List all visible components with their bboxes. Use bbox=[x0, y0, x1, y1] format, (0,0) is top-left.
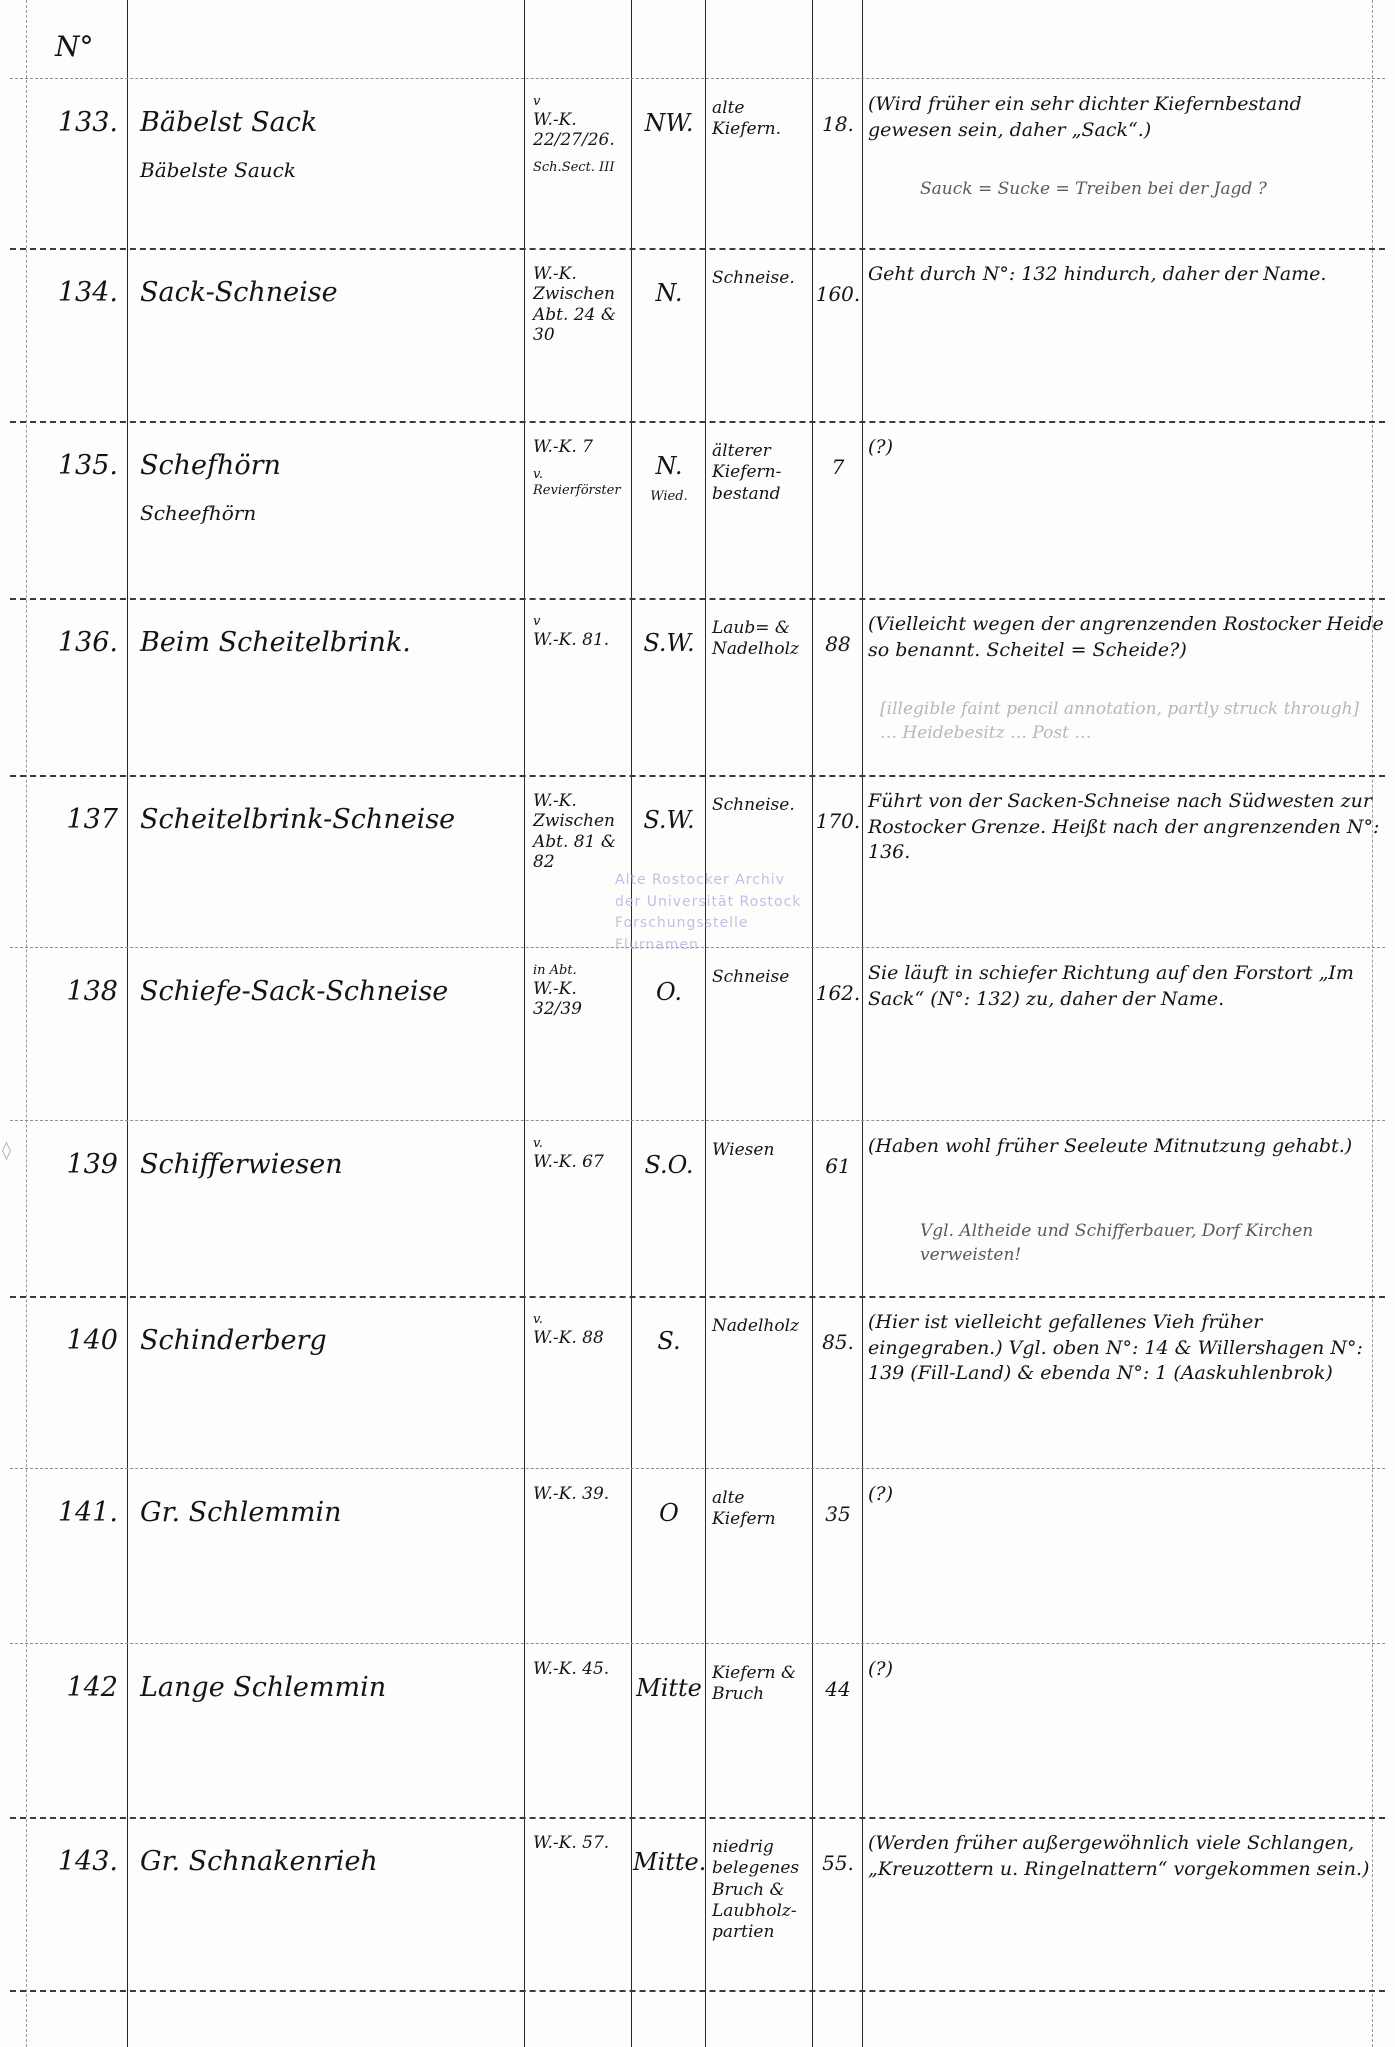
place-name: Schinderberg bbox=[140, 1324, 327, 1358]
map-reference: v W.-K. 81. bbox=[533, 614, 629, 660]
map-reference: W.-K. 45. bbox=[533, 1659, 629, 1689]
map-reference: W.-K. Zwischen Abt. 24 & 30 bbox=[533, 264, 629, 356]
place-name-variant: Scheefhörn bbox=[140, 501, 256, 526]
row-rule bbox=[10, 1468, 1385, 1469]
remarks: (Haben wohl früher Seeleute Mitnutzung g… bbox=[868, 1134, 1388, 1160]
entry-number: 137 bbox=[28, 803, 118, 837]
row-rule bbox=[10, 1120, 1385, 1121]
land-type: Schneise bbox=[712, 967, 812, 988]
row-rule bbox=[10, 1643, 1385, 1644]
map-reference-prefix: in Abt. bbox=[533, 963, 629, 979]
land-type: Schneise. bbox=[712, 268, 812, 289]
direction: Mitte. bbox=[633, 1847, 705, 1885]
place-name: Schifferwiesen bbox=[140, 1148, 343, 1182]
row-rule bbox=[10, 421, 1385, 423]
remarks: (?) bbox=[868, 1482, 1388, 1508]
direction: S.O. bbox=[633, 1150, 705, 1188]
map-reference: W.-K. 7 v. Revierförster bbox=[533, 437, 629, 499]
direction: S.W. bbox=[633, 805, 705, 843]
map-reference-extra: Sch.Sect. III bbox=[533, 160, 629, 176]
map-reference-value: W.-K. 57. bbox=[533, 1833, 609, 1853]
direction-value: N. bbox=[655, 452, 682, 480]
row-rule bbox=[10, 598, 1385, 600]
column-rule-wk bbox=[631, 0, 632, 2047]
stamp-line: Flurnamen bbox=[615, 935, 905, 957]
area-value: 160. bbox=[814, 282, 862, 307]
row-rule bbox=[10, 1990, 1385, 1992]
direction-value: O. bbox=[656, 978, 682, 1006]
entry-number: 136. bbox=[28, 626, 118, 660]
stamp-line: der Universität Rostock bbox=[615, 892, 905, 914]
remarks: Führt von der Sacken-Schneise nach Südwe… bbox=[868, 789, 1388, 866]
direction: S.W. bbox=[633, 628, 705, 666]
place-name: Scheitelbrink-Schneise bbox=[140, 803, 455, 837]
direction-extra: Wied. bbox=[633, 489, 705, 505]
place-name: Sack-Schneise bbox=[140, 276, 338, 310]
map-reference-prefix: v. bbox=[533, 1136, 629, 1152]
left-margin-rule bbox=[26, 0, 27, 2047]
area-value: 55. bbox=[814, 1851, 862, 1876]
direction: O bbox=[633, 1498, 705, 1536]
pencil-annotation: Vgl. Altheide und Schifferbauer, Dorf Ki… bbox=[920, 1220, 1395, 1268]
map-reference-value: W.-K. 22/27/26. bbox=[533, 110, 615, 150]
map-reference-value: W.-K. 67 bbox=[533, 1152, 604, 1172]
map-reference: in Abt. W.-K. 32/39 bbox=[533, 963, 629, 1029]
entry-number: 142 bbox=[28, 1671, 118, 1705]
map-reference-value: W.-K. 7 bbox=[533, 437, 593, 457]
area-value: 88 bbox=[814, 632, 862, 657]
remarks: (?) bbox=[868, 1657, 1388, 1683]
direction: O. bbox=[633, 977, 705, 1015]
direction-value: S.W. bbox=[643, 629, 694, 657]
column-rule-number bbox=[127, 0, 128, 2047]
direction: N. Wied. bbox=[633, 451, 705, 505]
direction-value: O bbox=[659, 1499, 679, 1527]
direction-value: NW. bbox=[644, 109, 693, 137]
remarks: Sie läuft in schiefer Richtung auf den F… bbox=[868, 961, 1388, 1012]
place-name: Bäbelst Sack bbox=[140, 106, 317, 140]
entry-number: 140 bbox=[28, 1324, 118, 1358]
row-rule bbox=[10, 775, 1385, 777]
map-reference-value: W.-K. 45. bbox=[533, 1659, 609, 1679]
place-name: Schiefe-Sack-Schneise bbox=[140, 975, 448, 1009]
map-reference-prefix: v bbox=[533, 614, 629, 630]
map-reference-prefix: v. bbox=[533, 1312, 629, 1328]
pencil-annotation: [illegible faint pencil annotation, part… bbox=[880, 698, 1360, 746]
row-rule bbox=[10, 1296, 1385, 1298]
land-type: niedrig belegenes Bruch & Laubholz-parti… bbox=[712, 1837, 812, 1943]
area-value: 162. bbox=[814, 981, 862, 1006]
direction-value: S.O. bbox=[644, 1151, 693, 1179]
page-top-mark: N° bbox=[55, 30, 94, 63]
entry-number: 135. bbox=[28, 449, 118, 483]
land-type: Wiesen bbox=[712, 1140, 812, 1161]
map-reference-value: W.-K. 39. bbox=[533, 1484, 609, 1504]
direction-value: S. bbox=[657, 1327, 680, 1355]
remarks: (Vielleicht wegen der angrenzenden Rosto… bbox=[868, 612, 1388, 663]
direction: N. bbox=[633, 278, 705, 316]
area-value: 170. bbox=[814, 809, 862, 834]
map-reference-value: W.-K. 81. bbox=[533, 630, 609, 650]
entry-number: 139 bbox=[28, 1148, 118, 1182]
pencil-annotation: Sauck = Sucke = Treiben bei der Jagd ? bbox=[920, 178, 1395, 202]
area-value: 35 bbox=[814, 1502, 862, 1527]
direction-value: S.W. bbox=[643, 806, 694, 834]
stamp-line: Forschungsstelle bbox=[615, 913, 905, 935]
remarks: (Werden früher außergewöhnlich viele Sch… bbox=[868, 1831, 1388, 1882]
map-reference-value: W.-K. Zwischen Abt. 81 & 82 bbox=[533, 791, 616, 872]
place-name: Lange Schlemmin bbox=[140, 1671, 386, 1705]
row-rule bbox=[10, 78, 1385, 79]
map-reference: v. W.-K. 67 bbox=[533, 1136, 629, 1182]
place-name: Gr. Schnakenrieh bbox=[140, 1845, 378, 1879]
land-type: älterer Kiefern-bestand bbox=[712, 441, 812, 505]
remarks: Geht durch N°: 132 hindurch, daher der N… bbox=[868, 262, 1388, 288]
row-rule bbox=[10, 248, 1385, 250]
land-type: Kiefern & Bruch bbox=[712, 1663, 812, 1706]
land-type: alte Kiefern bbox=[712, 1488, 812, 1531]
remarks: (Wird früher ein sehr dichter Kiefernbes… bbox=[868, 92, 1388, 143]
column-rule-type bbox=[812, 0, 813, 2047]
map-reference: v. W.-K. 88 bbox=[533, 1312, 629, 1358]
entry-number: 133. bbox=[28, 106, 118, 140]
column-rule-area bbox=[862, 0, 863, 2047]
land-type: Schneise. bbox=[712, 795, 812, 816]
map-reference-value: W.-K. 88 bbox=[533, 1328, 604, 1348]
map-reference-value: W.-K. 32/39 bbox=[533, 979, 582, 1019]
map-reference: W.-K. 57. bbox=[533, 1833, 629, 1863]
map-reference: W.-K. 39. bbox=[533, 1484, 629, 1514]
direction-value: Mitte bbox=[636, 1674, 702, 1702]
place-name: Beim Scheitelbrink. bbox=[140, 626, 411, 660]
map-reference-prefix: v bbox=[533, 94, 629, 110]
ledger-page: N° ◊ Alte Rostocker Archiv der Universit… bbox=[0, 0, 1395, 2047]
archive-stamp: Alte Rostocker Archiv der Universität Ro… bbox=[615, 870, 905, 957]
area-value: 18. bbox=[814, 112, 862, 137]
remarks: (Hier ist vielleicht gefallenes Vieh frü… bbox=[868, 1310, 1388, 1387]
direction: Mitte bbox=[633, 1673, 705, 1711]
area-value: 61 bbox=[814, 1154, 862, 1179]
map-reference-value: W.-K. Zwischen Abt. 24 & 30 bbox=[533, 264, 616, 345]
area-value: 85. bbox=[814, 1330, 862, 1355]
area-value: 44 bbox=[814, 1677, 862, 1702]
column-rule-direction bbox=[705, 0, 706, 2047]
margin-mark-icon: ◊ bbox=[2, 1140, 11, 1161]
direction-value: Mitte. bbox=[633, 1848, 706, 1876]
direction: S. bbox=[633, 1326, 705, 1364]
right-margin-rule bbox=[1372, 0, 1373, 2047]
entry-number: 141. bbox=[28, 1496, 118, 1530]
map-reference: v W.-K. 22/27/26. Sch.Sect. III bbox=[533, 94, 629, 176]
land-type: Laub= & Nadelholz bbox=[712, 618, 812, 661]
area-value: 7 bbox=[814, 455, 862, 480]
entry-number: 138 bbox=[28, 975, 118, 1009]
direction-value: N. bbox=[655, 279, 682, 307]
direction: NW. bbox=[633, 108, 705, 146]
map-reference-extra: v. Revierförster bbox=[533, 467, 629, 498]
entry-number: 134. bbox=[28, 276, 118, 310]
stamp-line: Alte Rostocker Archiv bbox=[615, 870, 905, 892]
column-rule-name bbox=[524, 0, 525, 2047]
land-type: Nadelholz bbox=[712, 1316, 812, 1337]
land-type: alte Kiefern. bbox=[712, 98, 812, 141]
place-name: Schefhörn bbox=[140, 449, 281, 483]
map-reference: W.-K. Zwischen Abt. 81 & 82 bbox=[533, 791, 629, 883]
row-rule bbox=[10, 1817, 1385, 1819]
place-name: Gr. Schlemmin bbox=[140, 1496, 342, 1530]
place-name-variant: Bäbelste Sauck bbox=[140, 158, 296, 183]
entry-number: 143. bbox=[28, 1845, 118, 1879]
remarks: (?) bbox=[868, 435, 1388, 461]
